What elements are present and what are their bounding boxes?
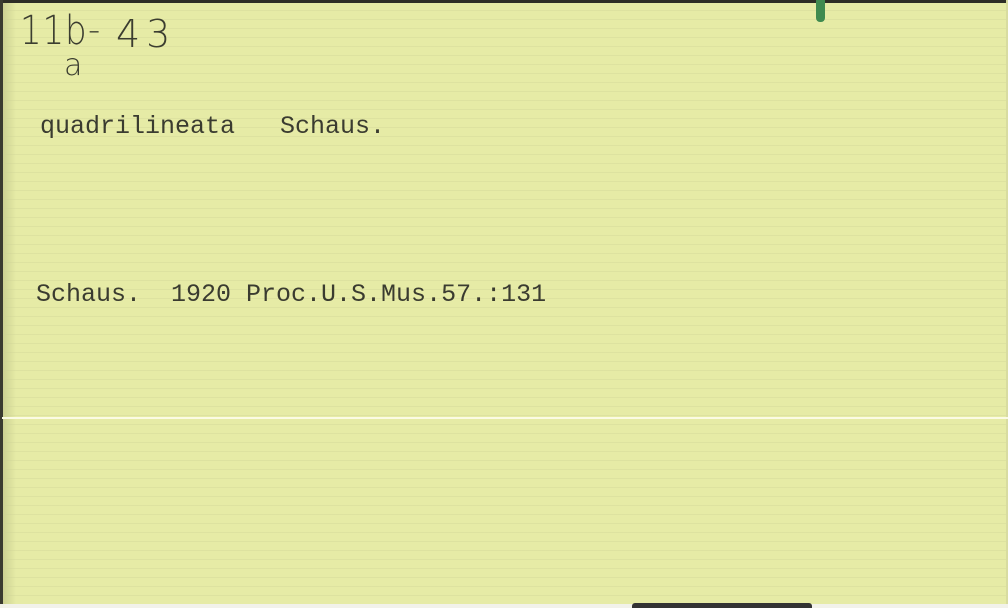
holder-clip xyxy=(632,603,812,608)
taxon-name-line: quadrilineata Schaus. xyxy=(40,112,385,141)
card-bottom-edge xyxy=(0,604,1008,608)
green-tab-marker xyxy=(816,0,825,22)
citation-line: Schaus. 1920 Proc.U.S.Mus.57.:131 xyxy=(36,280,546,309)
card-top-edge xyxy=(0,0,1008,3)
handwritten-number: 43 xyxy=(116,12,176,56)
handwritten-subscript: a xyxy=(64,48,82,83)
handwritten-dash: - xyxy=(88,10,100,50)
card-fold-line xyxy=(2,417,1008,419)
card-left-edge xyxy=(0,0,3,608)
